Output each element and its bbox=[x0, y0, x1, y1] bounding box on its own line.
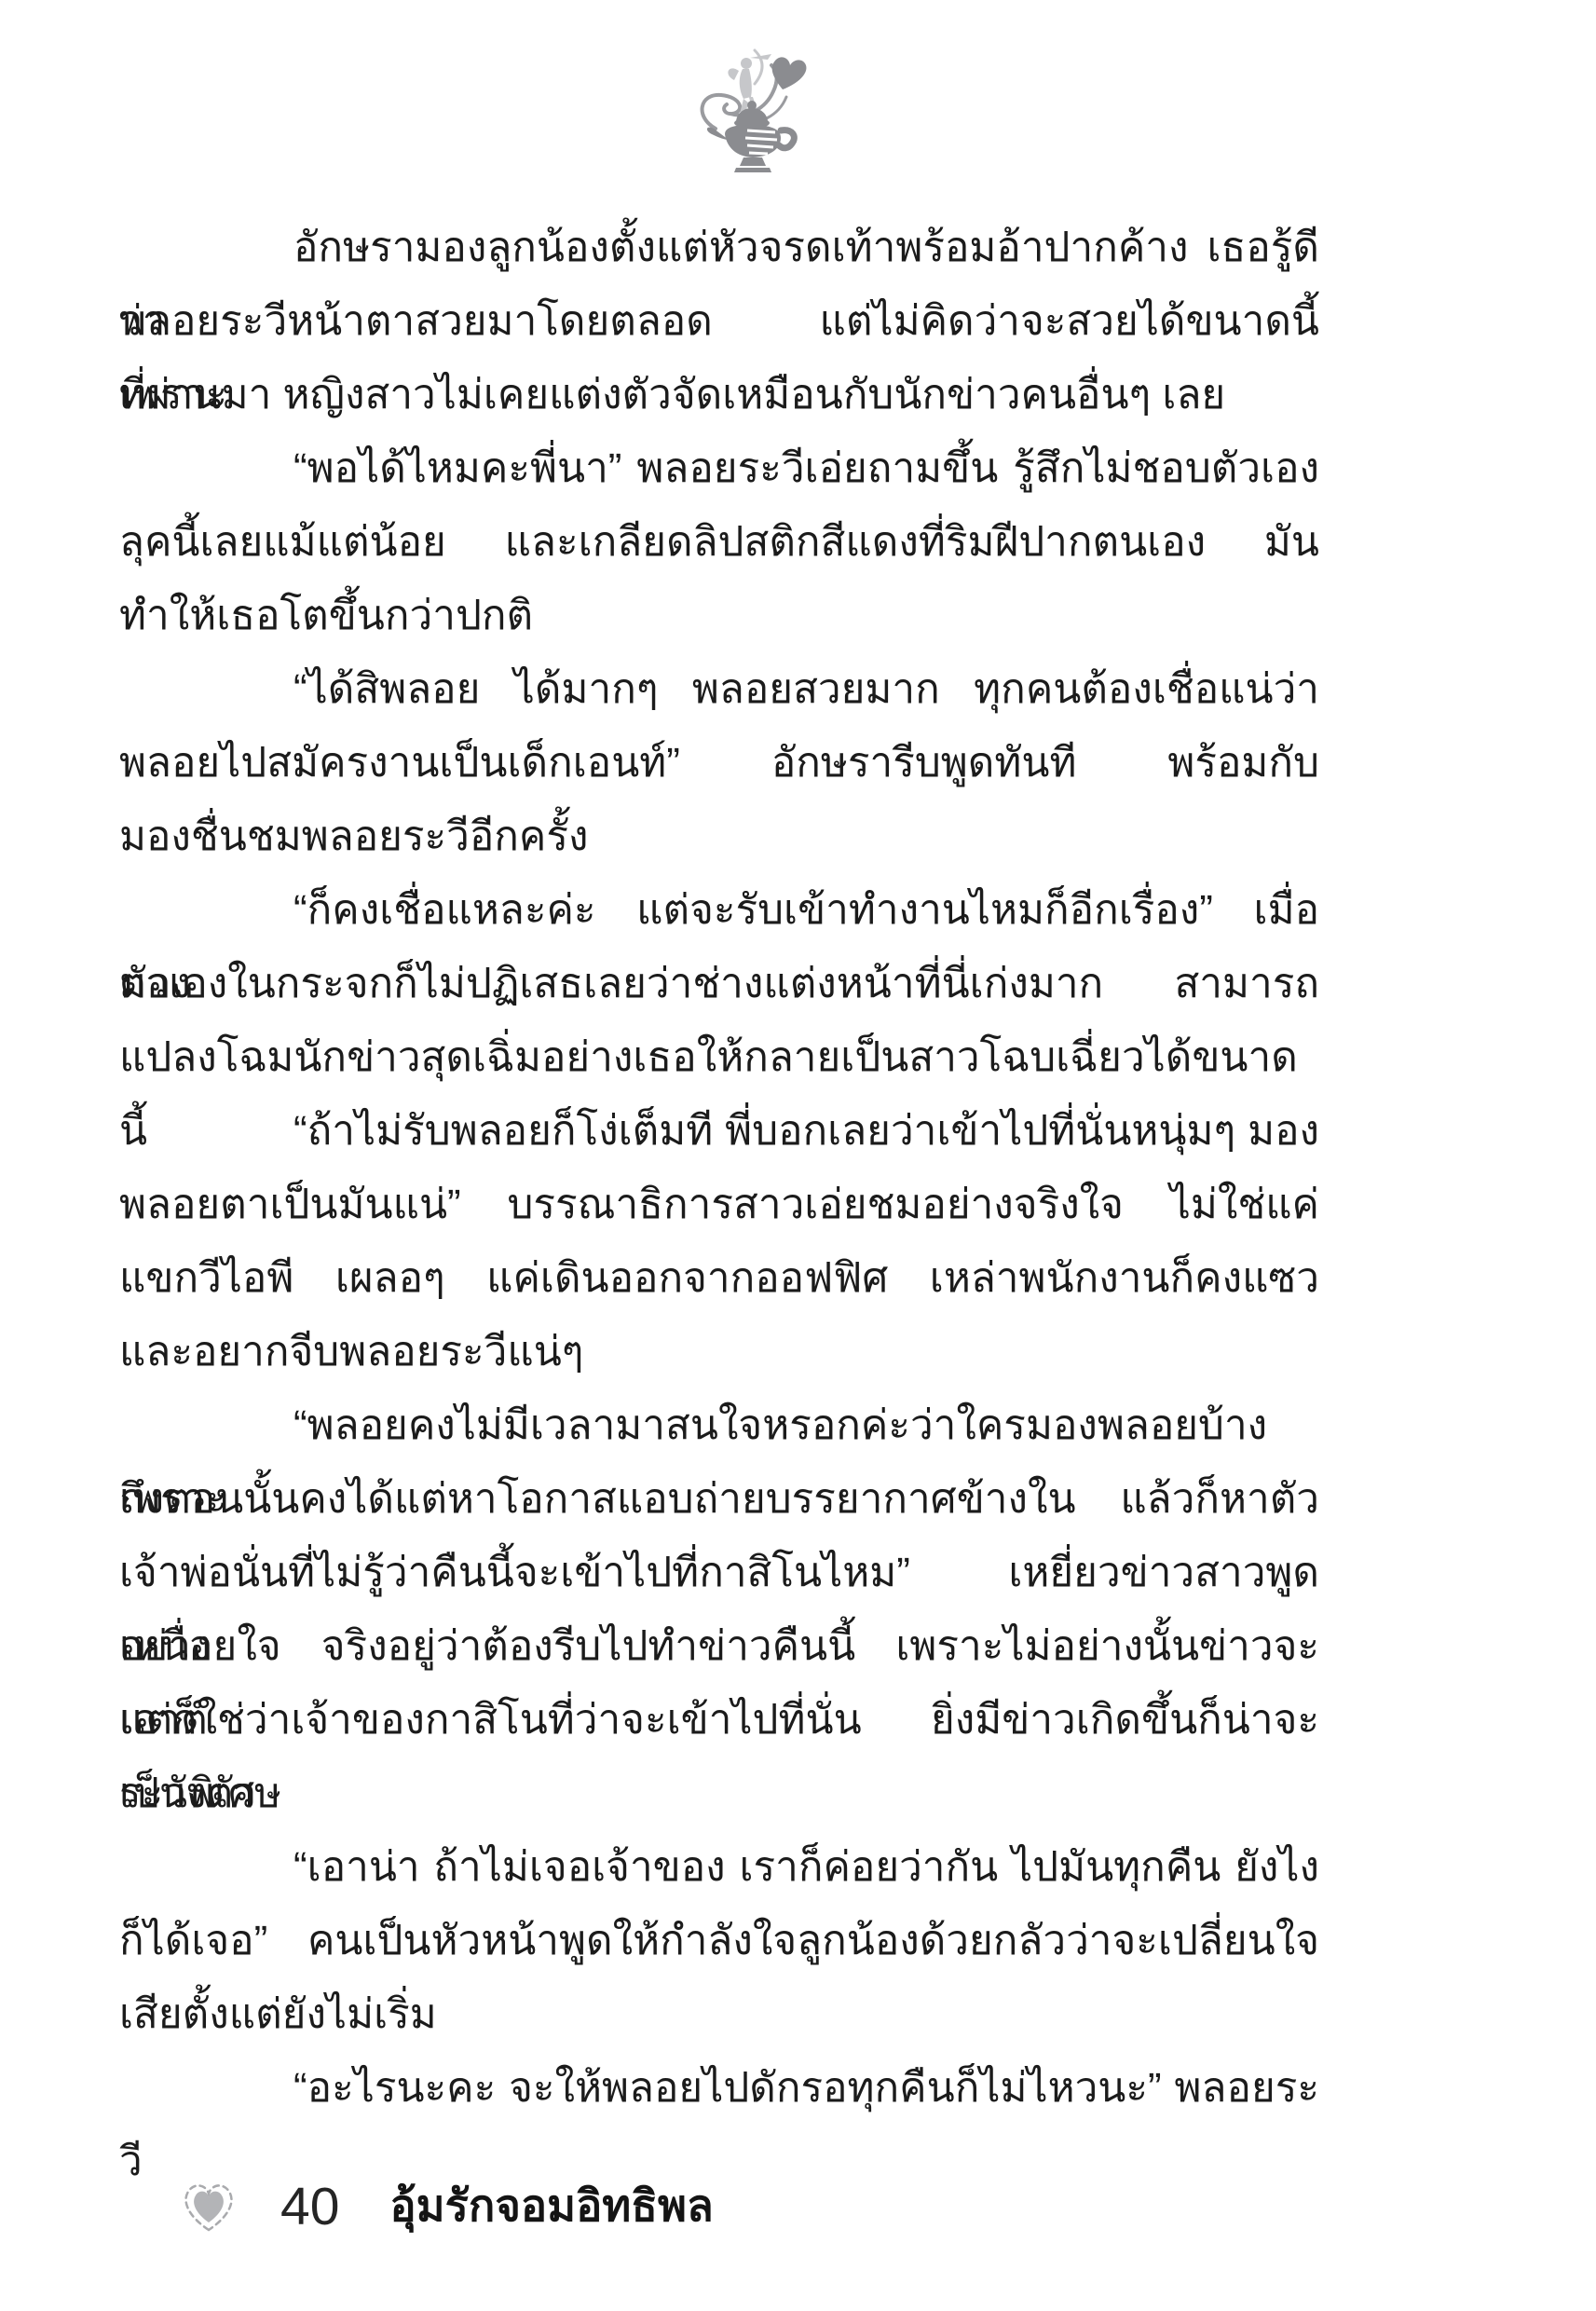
book-title: อุ้มรักจอมอิทธิพล bbox=[389, 2183, 713, 2227]
book-page: อักษรามองลูกน้องตั้งแต่หัวจรดเท้าพร้อมอ้… bbox=[0, 0, 1596, 2311]
text-line: “เอาน่า ถ้าไม่เจอเจ้าของ เราก็ค่อยว่ากัน… bbox=[119, 1830, 1319, 1904]
text-line: “พลอยคงไม่มีเวลามาสนใจหรอกค่ะว่าใครมองพล… bbox=[119, 1388, 1319, 1462]
text-line: เป็นพิเศษ bbox=[119, 1757, 1319, 1830]
text-line: ที่ผ่านมา หญิงสาวไม่เคยแต่งตัวจัดเหมือนก… bbox=[119, 358, 1319, 431]
text-line: อักษรามองลูกน้องตั้งแต่หัวจรดเท้าพร้อมอ้… bbox=[119, 211, 1319, 284]
text-line: ตัวเองในกระจกก็ไม่ปฏิเสธเลยว่าช่างแต่งหน… bbox=[119, 947, 1319, 1020]
text-line: พลอยตาเป็นมันแน่” บรรณาธิการสาวเอ่ยชมอย่… bbox=[119, 1168, 1319, 1241]
text-line: เหนื่อยใจ จริงอยู่ว่าต้องรีบไปทำข่าวคืนน… bbox=[119, 1609, 1319, 1683]
text-line: และอยากจีบพลอยระวีแน่ๆ bbox=[119, 1315, 1319, 1388]
heart-icon bbox=[180, 2180, 238, 2234]
text-line: “ได้สิพลอย ได้มากๆ พลอยสวยมาก ทุกคนต้องเ… bbox=[119, 652, 1319, 726]
text-block: อักษรามองลูกน้องตั้งแต่หัวจรดเท้าพร้อมอ้… bbox=[119, 211, 1319, 2125]
text-line: พลอยระวีหน้าตาสวยมาโดยตลอด แต่ไม่คิดว่าจ… bbox=[119, 284, 1319, 358]
text-line: แขกวีไอพี เผลอๆ แค่เดินออกจากออฟฟิศ เหล่… bbox=[119, 1241, 1319, 1315]
cupid-genie-lamp-ornament-icon bbox=[693, 48, 809, 175]
text-line: “พอได้ไหมคะพี่นา” พลอยระวีเอ่ยถามขึ้น รู… bbox=[119, 431, 1319, 505]
text-line: ก็ได้เจอ” คนเป็นหัวหน้าพูดให้กำลังใจลูกน… bbox=[119, 1904, 1319, 1977]
text-line: แต่ก็ใช่ว่าเจ้าของกาสิโนที่ว่าจะเข้าไปที… bbox=[119, 1683, 1319, 1757]
page-footer: 40 อุ้มรักจอมอิทธิพล bbox=[180, 2177, 714, 2236]
text-line: ทำให้เธอโตขึ้นกว่าปกติ bbox=[119, 579, 1319, 652]
text-line: “ถ้าไม่รับพลอยก็โง่เต็มที พี่บอกเลยว่าเข… bbox=[119, 1094, 1319, 1168]
text-line: “ก็คงเชื่อแหละค่ะ แต่จะรับเข้าทำงานไหมก็… bbox=[119, 873, 1319, 947]
text-line: ถึงตอนนั้นคงได้แต่หาโอกาสแอบถ่ายบรรยากาศ… bbox=[119, 1462, 1319, 1536]
text-line: “อะไรนะคะ จะให้พลอยไปดักรอทุกคืนก็ไม่ไหว… bbox=[119, 2051, 1319, 2125]
ornament-svg bbox=[693, 48, 809, 175]
text-line: เสียตั้งแต่ยังไม่เริ่ม bbox=[119, 1977, 1319, 2051]
text-line: พลอยไปสมัครงานเป็นเด็กเอนท์” อักษรารีบพู… bbox=[119, 726, 1319, 800]
text-line: เจ้าพ่อนั่นที่ไม่รู้ว่าคืนนี้จะเข้าไปที่… bbox=[119, 1536, 1319, 1609]
text-line: แปลงโฉมนักข่าวสุดเฉิ่มอย่างเธอให้กลายเป็… bbox=[119, 1020, 1319, 1094]
page-number: 40 bbox=[280, 2181, 339, 2234]
text-line: ลุคนี้เลยแม้แต่น้อย และเกลียดลิปสติกสีแด… bbox=[119, 505, 1319, 579]
text-line: มองชื่นชมพลอยระวีอีกครั้ง bbox=[119, 800, 1319, 873]
